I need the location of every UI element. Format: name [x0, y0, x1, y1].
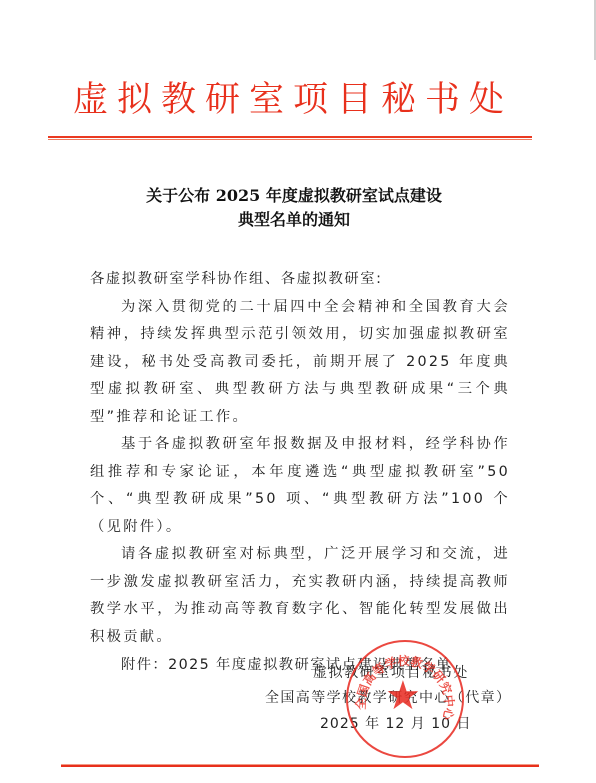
notice-subject: 关于公布 2025 年度虚拟教研室试点建设 典型名单的通知 — [0, 184, 596, 232]
rule-line-thick — [61, 765, 539, 767]
footer-red-rule — [61, 764, 539, 768]
body-paragraph: 基于各虚拟教研室年报数据及申报材料，经学科协作组推荐和专家论证，本年度遴选“典型… — [90, 431, 510, 541]
body-paragraph: 请各虚拟教研室对标典型，广泛开展学习和交流，进一步激发虚拟教研室活力，充实教研内… — [90, 541, 510, 651]
rule-line-thin — [48, 139, 532, 140]
rule-line-thick — [48, 136, 532, 138]
notice-body: 各虚拟教研室学科协作组、各虚拟教研室: 为深入贯彻党的二十届四中全会精神和全国教… — [90, 266, 510, 680]
masthead-title: 虚拟教研室项目秘书处 — [0, 80, 596, 120]
issuer-center: 全国高等学校教学研究中心（代章） — [265, 685, 511, 711]
subject-line-1: 关于公布 2025 年度虚拟教研室试点建设 — [0, 184, 596, 208]
body-paragraph: 为深入贯彻党的二十届四中全会精神和全国教育大会精神，持续发挥典型示范引领效用，切… — [90, 294, 510, 432]
greeting: 各虚拟教研室学科协作组、各虚拟教研室: — [90, 266, 510, 294]
masthead-red-rule — [48, 136, 532, 141]
subject-line-2: 典型名单的通知 — [0, 208, 596, 232]
issue-date: 2025 年 12 月 10 日 — [320, 711, 472, 737]
issuer-secretariat: 虚拟教研室项目秘书处 — [313, 660, 469, 686]
